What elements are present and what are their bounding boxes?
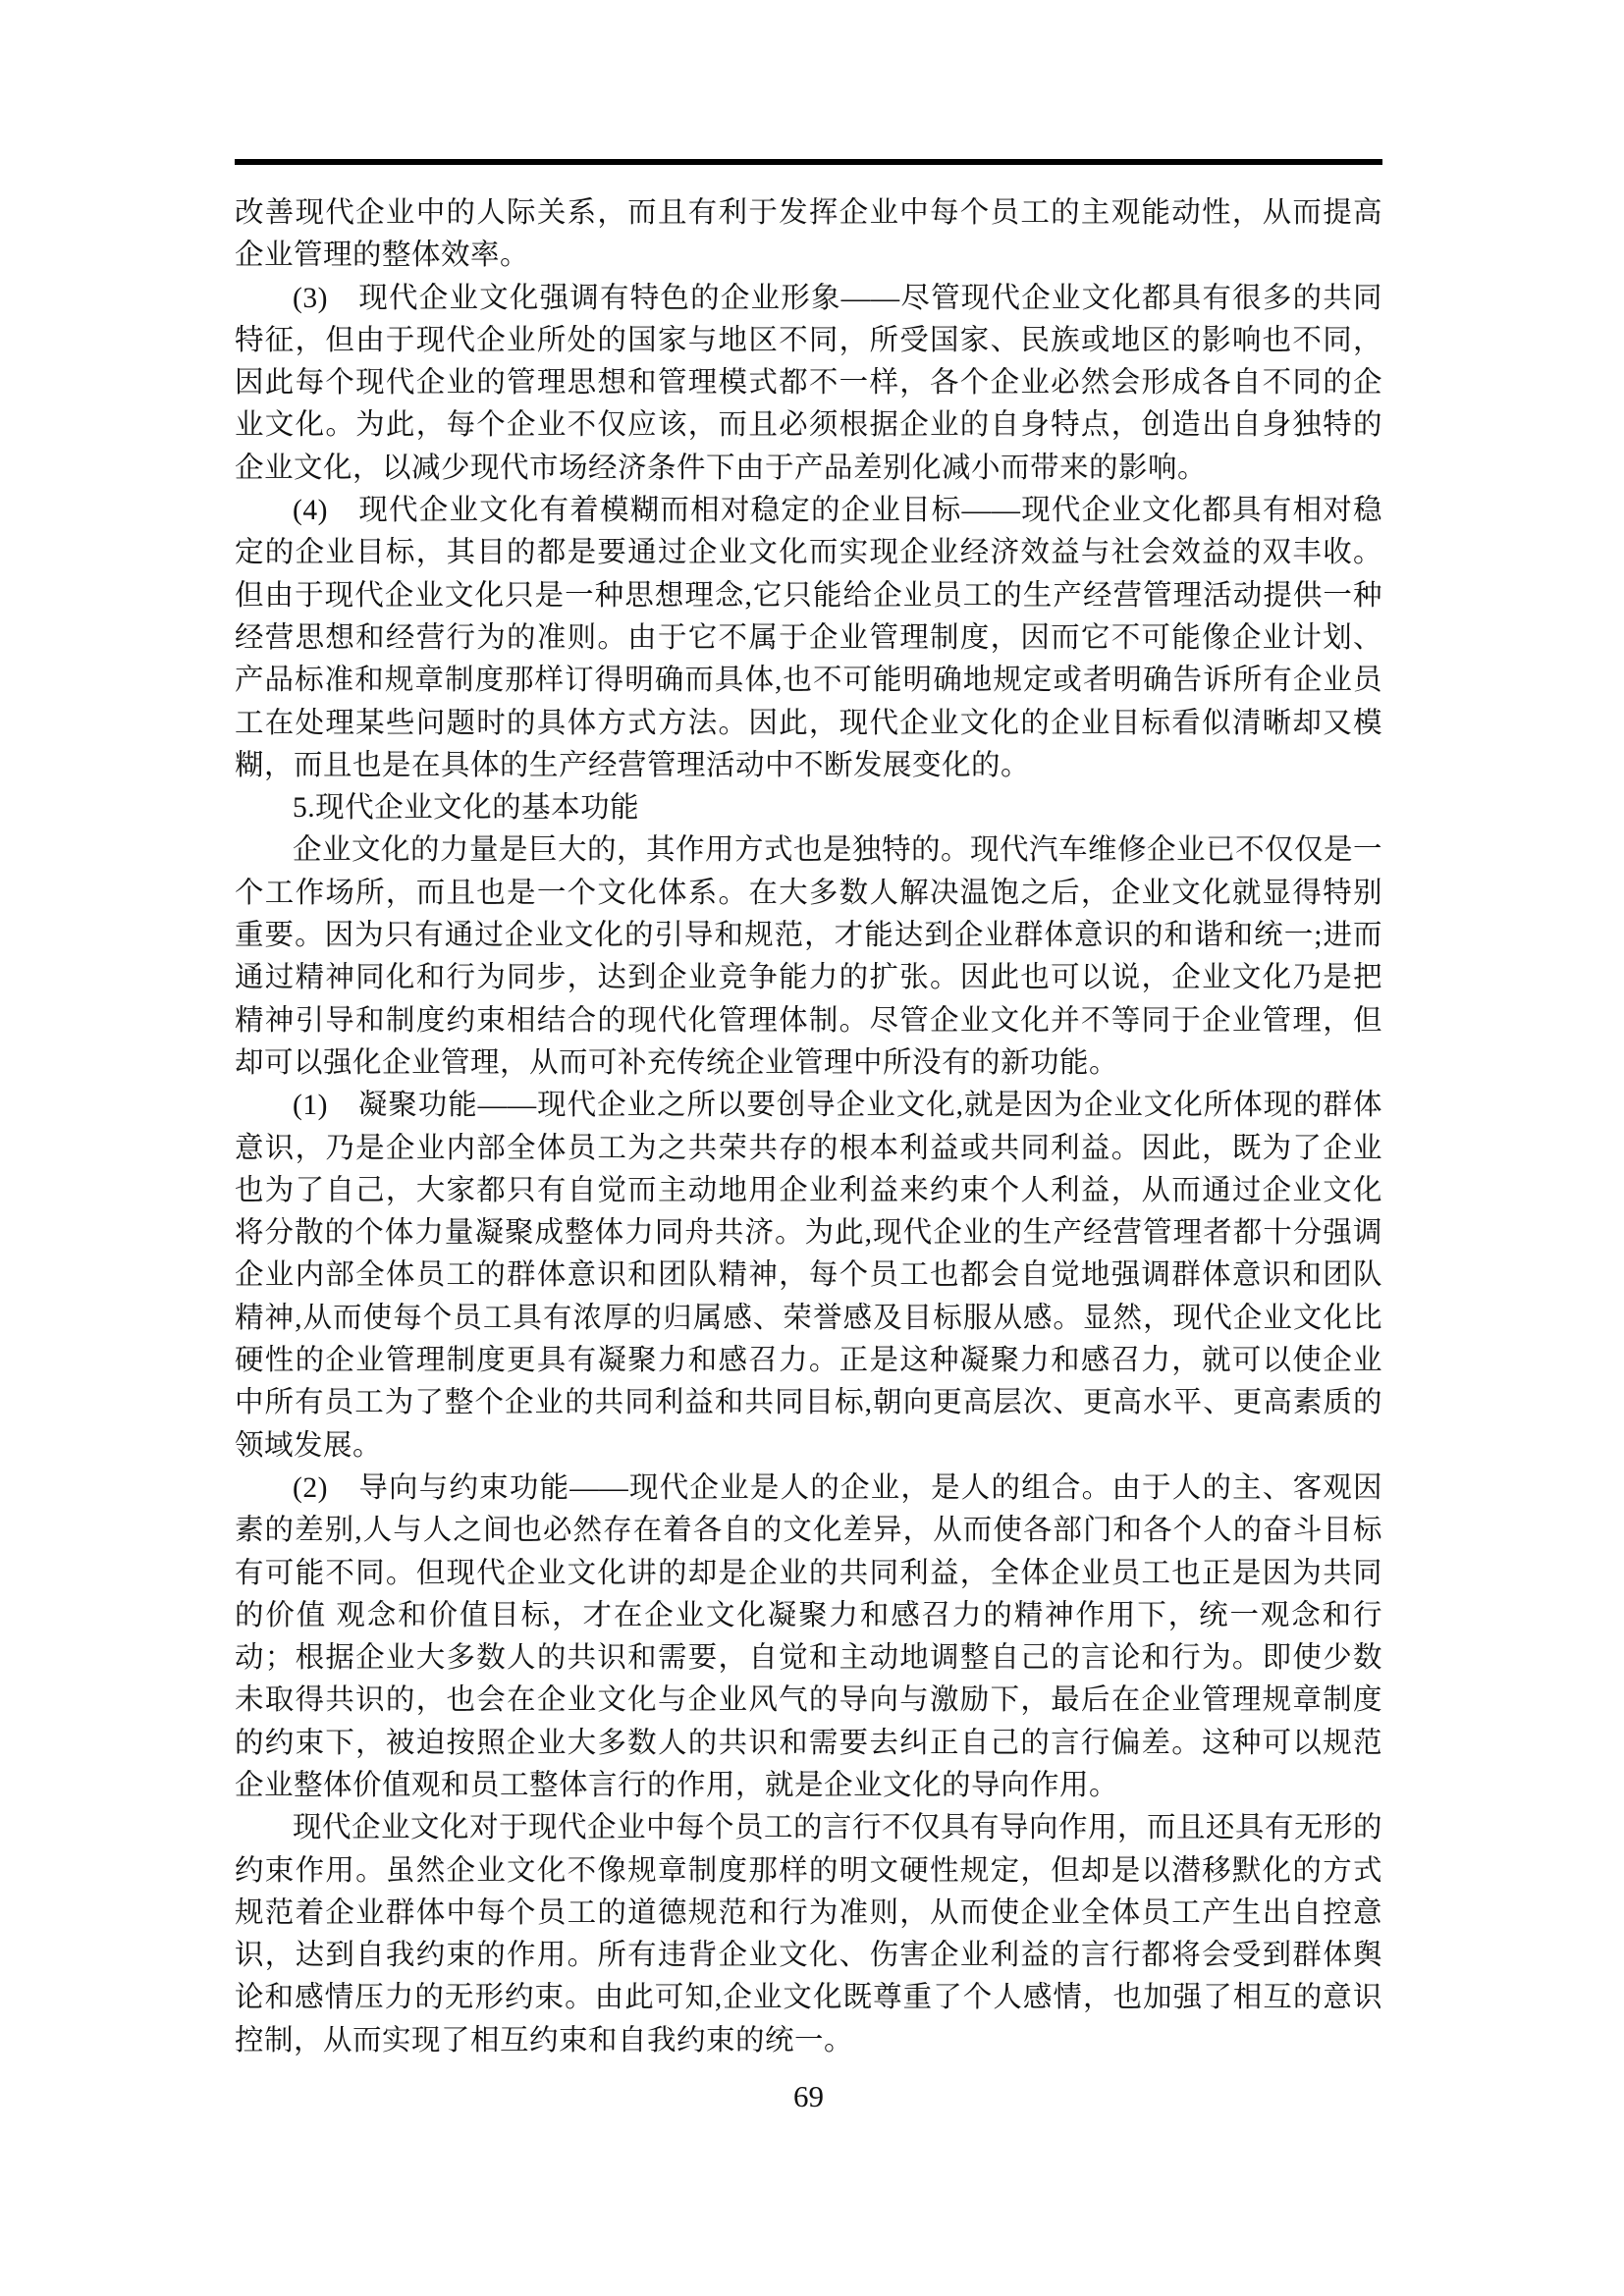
paragraph-continuation: 改善现代企业中的人际关系，而且有利于发挥企业中每个员工的主观能动性，从而提高企业…	[235, 192, 1382, 278]
paragraph-functions-intro: 企业文化的力量是巨大的，其作用方式也是独特的。现代汽车维修企业已不仅仅是一个工作…	[235, 829, 1382, 1085]
header-rule-divider	[235, 159, 1382, 165]
paragraph-item-3: (3) 现代企业文化强调有特色的企业形象——尽管现代企业文化都具有很多的共同特征…	[235, 278, 1382, 490]
page-number: 69	[235, 2079, 1382, 2114]
paragraph-item-4: (4) 现代企业文化有着模糊而相对稳定的企业目标——现代企业文化都具有相对稳定的…	[235, 490, 1382, 787]
paragraph-item-2-guidance: (2) 导向与约束功能——现代企业是人的企业，是人的组合。由于人的主、客观因素的…	[235, 1468, 1382, 1807]
paragraph-item-1-cohesion: (1) 凝聚功能——现代企业之所以要创导企业文化,就是因为企业文化所体现的群体意…	[235, 1085, 1382, 1468]
body-text: 改善现代企业中的人际关系，而且有利于发挥企业中每个员工的主观能动性，从而提高企业…	[235, 192, 1382, 2062]
paragraph-constraint: 现代企业文化对于现代企业中每个员工的言行不仅具有导向作用，而且还具有无形的约束作…	[235, 1807, 1382, 2062]
document-page: 改善现代企业中的人际关系，而且有利于发挥企业中每个员工的主观能动性，从而提高企业…	[0, 0, 1624, 2296]
section-heading: 5.现代企业文化的基本功能	[235, 787, 1382, 829]
